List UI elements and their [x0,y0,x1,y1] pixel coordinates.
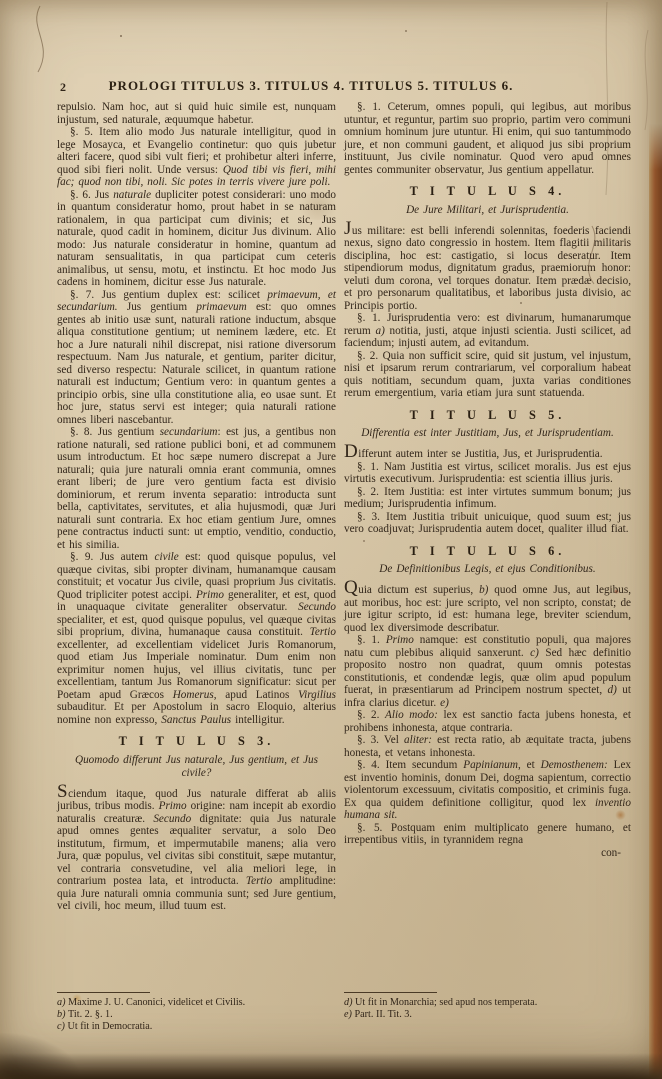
book-page-scan: 2 PROLOGI TITULUS 3. TITULUS 4. TITULUS … [0,0,662,1079]
paragraph: §. 6. Jus naturale dupliciter potest con… [57,189,336,289]
paragraph: Quia dictum est superius, b) quod omne J… [344,583,631,634]
paragraph: §. 1. Nam Justitia est virtus, scilicet … [344,461,631,486]
drop-initial: S [57,781,68,802]
paragraph: §. 7. Jus gentium duplex est: scilicet p… [57,289,336,427]
drop-initial: Q [344,577,358,598]
left-text-column: repulsio. Nam hoc, aut si quid huic simi… [57,101,336,913]
paragraph: §. 5. Postquam enim multiplicato genere … [344,822,631,847]
right-footnotes: d) Ut fit in Monarchia; sed apud nos tem… [344,992,634,1021]
right-text-column: §. 1. Ceterum, omnes populi, qui legibus… [344,101,631,859]
footnote: b) Tit. 2. §. 1. [57,1009,339,1021]
footnote-rule [344,992,437,993]
paragraph: §. 1. Ceterum, omnes populi, qui legibus… [344,101,631,176]
drop-initial: J [344,218,352,239]
paragraph: §. 8. Jus gentium secundarium: est jus, … [57,426,336,551]
photo-bottom-shadow [0,1053,662,1079]
section-subtitle: Quomodo differunt Jus naturale, Jus gent… [61,754,332,780]
drop-initial: D [344,441,358,462]
paragraph: §. 2. Quia non sufficit scire, quid sit … [344,350,631,400]
paragraph: repulsio. Nam hoc, aut si quid huic simi… [57,101,336,126]
paragraph: §. 3. Item Justitia tribuit unicuique, q… [344,511,631,536]
photo-corner-shadow [0,1033,80,1079]
section-heading: T I T U L U S 5. [344,409,631,422]
footnote: a) Maxime J. U. Canonici, videlicet et C… [57,997,339,1009]
left-footnote-list: a) Maxime J. U. Canonici, videlicet et C… [57,997,339,1034]
section-heading: T I T U L U S 6. [344,545,631,558]
paragraph: §. 4. Item secundum Papinianum, et Demos… [344,759,631,822]
section-subtitle: De Definitionibus Legis, et ejus Conditi… [348,563,627,576]
page-number: 2 [60,80,66,95]
paragraph: §. 2. Item Justitia: est inter virtutes … [344,486,631,511]
paragraph: §. 1. Primo namque: est constitutio popu… [344,634,631,709]
section-subtitle: Differentia est inter Justitiam, Jus, et… [348,427,627,440]
paragraph: §. 3. Vel aliter: est recta ratio, ab æq… [344,734,631,759]
paragraph: §. 1. Jurisprudentia vero: est divinarum… [344,312,631,350]
section-subtitle: De Jure Militari, et Jurisprudentia. [348,204,627,217]
catchword: con- [344,847,631,860]
section-heading: T I T U L U S 3. [57,735,336,748]
book-fore-edge [649,124,662,1079]
section-heading: T I T U L U S 4. [344,185,631,198]
footnote-rule [57,992,150,993]
paper-speck [405,30,407,32]
left-footnotes: a) Maxime J. U. Canonici, videlicet et C… [57,992,339,1034]
paragraph: §. 5. Item alio modo Jus naturale intell… [57,126,336,189]
footnote: c) Ut fit in Democratia. [57,1021,339,1033]
paragraph: Differunt autem inter se Justitia, Jus, … [344,447,631,461]
running-header: PROLOGI TITULUS 3. TITULUS 4. TITULUS 5.… [70,78,552,94]
right-footnote-list: d) Ut fit in Monarchia; sed apud nos tem… [344,997,634,1021]
footnote: d) Ut fit in Monarchia; sed apud nos tem… [344,997,634,1009]
paragraph: Jus militare: est belli inferendi solenn… [344,224,631,313]
paragraph: §. 2. Alio modo: lex est sanctio facta j… [344,709,631,734]
paragraph: §. 9. Jus autem civile est: quod quisque… [57,551,336,726]
footnote: e) Part. II. Tit. 3. [344,1009,634,1021]
paragraph: Sciendum itaque, quod Jus naturale diffe… [57,787,336,913]
paper-speck [120,35,122,37]
